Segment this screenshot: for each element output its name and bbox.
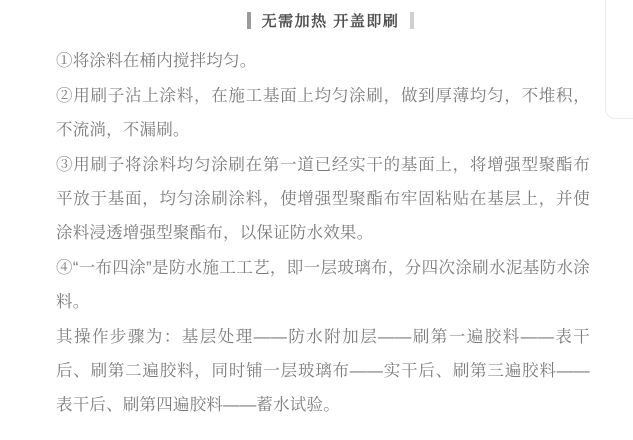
article-body: ①将涂料在桶内搅拌均匀。 ②用刷子沾上涂料，在施工基面上均匀涂刷，做到厚薄均匀，… — [56, 44, 590, 423]
paragraph-step-2: ②用刷子沾上涂料，在施工基面上均匀涂刷，做到厚薄均匀，不堆积，不流淌，不漏刷。 — [56, 79, 590, 147]
title-left-bar-icon — [247, 12, 251, 29]
paragraph-step-3: ③用刷子将涂料均匀涂刷在第一道已经实干的基面上，将增强型聚酯布平放于基面，均匀涂… — [56, 148, 590, 250]
paragraph-step-1: ①将涂料在桶内搅拌均匀。 — [56, 44, 590, 78]
page-header: 无需加热 开盖即刷 — [14, 10, 633, 31]
paragraph-procedure: 其操作步骤为：基层处理——防水附加层——刷第一遍胶料——表干后、刷第二遍胶料，同… — [56, 320, 590, 422]
page-title: 无需加热 开盖即刷 — [262, 10, 400, 31]
paragraph-step-4: ④“一布四涂”是防水施工工艺，即一层玻璃布，分四次涂刷水泥基防水涂料。 — [56, 251, 590, 319]
document-page: 无需加热 开盖即刷 ①将涂料在桶内搅拌均匀。 ②用刷子沾上涂料，在施工基面上均匀… — [0, 0, 633, 440]
title-right-bar-icon — [410, 12, 414, 29]
